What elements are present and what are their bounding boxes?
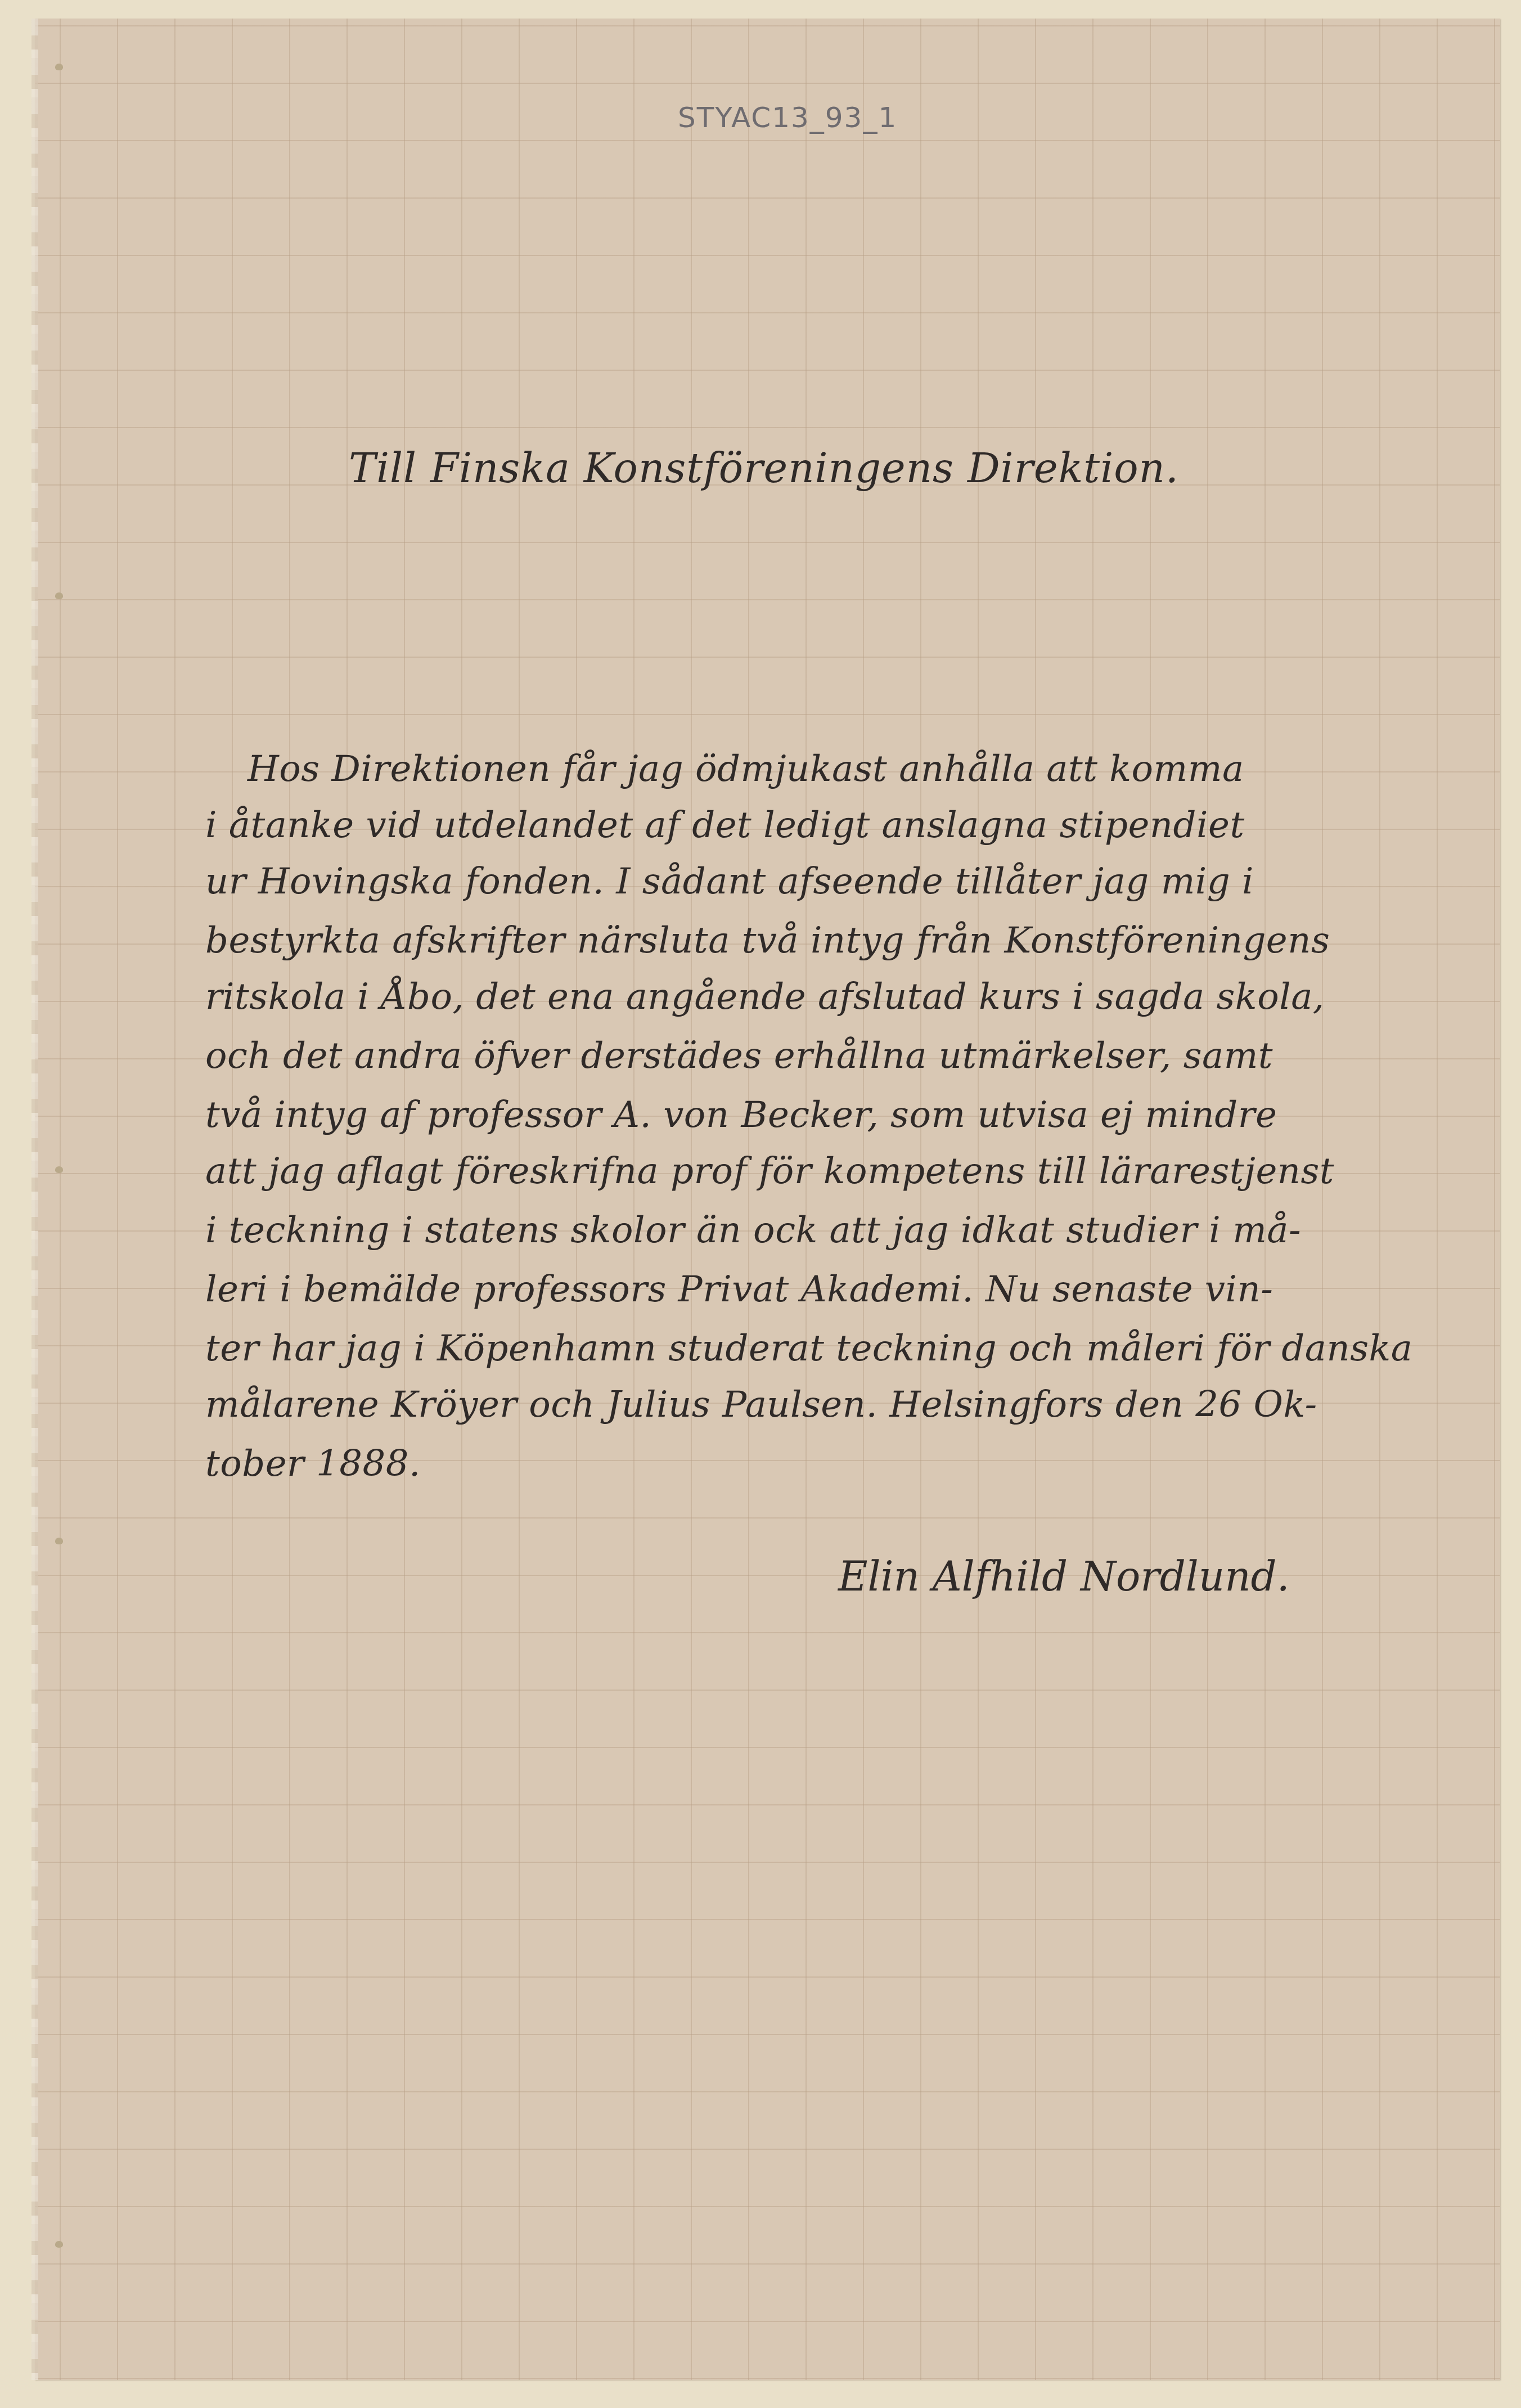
catalog-number: STYAC13_93_1 xyxy=(678,101,897,134)
body-line: ritskola i Åbo, det ena angående afsluta… xyxy=(205,976,1325,1018)
body-line: två intyg af professor A. von Becker, so… xyxy=(205,1094,1277,1136)
body-line: ter har jag i Köpenhamn studerat tecknin… xyxy=(205,1328,1412,1369)
body-line: och det andra öfver derstädes erhållna u… xyxy=(205,1035,1273,1077)
body-line: bestyrkta afskrifter närsluta två intyg … xyxy=(205,920,1330,962)
body-line: tober 1888. xyxy=(205,1443,421,1485)
letter-title: Till Finska Konstföreningens Direktion. xyxy=(349,444,1179,492)
punch-hole xyxy=(55,64,63,70)
body-line: leri i bemälde professors Privat Akademi… xyxy=(205,1269,1273,1310)
body-line: målarene Kröyer och Julius Paulsen. Hels… xyxy=(205,1384,1317,1426)
signature: Elin Alfhild Nordlund. xyxy=(838,1553,1290,1600)
body-line: i åtanke vid utdelandet af det ledigt an… xyxy=(205,805,1245,846)
punch-hole xyxy=(55,2241,63,2248)
punch-hole xyxy=(55,1166,63,1173)
punch-hole xyxy=(55,1538,63,1544)
punch-hole xyxy=(55,592,63,599)
body-line: Hos Direktionen får jag ödmjukast anhåll… xyxy=(247,748,1244,790)
letter-page xyxy=(35,19,1500,2380)
body-line: ur Hovingska fonden. I sådant afseende t… xyxy=(205,861,1254,902)
body-line: att jag aflagt föreskrifna prof för komp… xyxy=(205,1151,1334,1192)
body-line: i teckning i statens skolor än ock att j… xyxy=(205,1210,1301,1251)
